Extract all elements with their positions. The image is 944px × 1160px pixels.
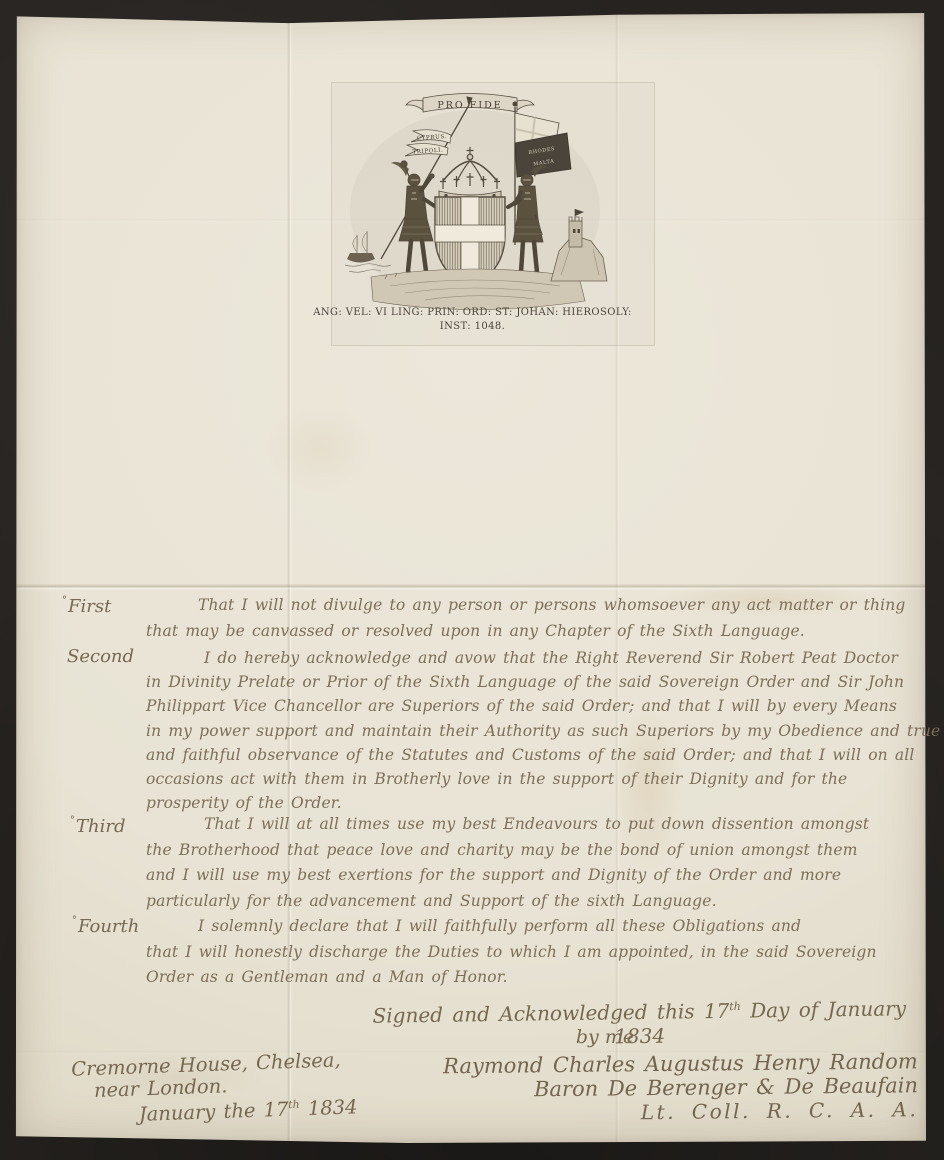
section-label-fourth-text: Fourth: [78, 916, 139, 937]
attestation-text-pre: Signed and Acknowledged this 17: [372, 999, 729, 1028]
address-block: Cremorne House, Chelsea, near London. Ja…: [57, 1049, 358, 1128]
paragraph-mark: °: [62, 595, 67, 606]
photographed-document-page: { "engraving": { "motto": "PRO FIDE", "p…: [0, 0, 944, 1160]
document-content: PRO FIDE CYPRUS. TRIPOLI.: [0, 0, 944, 1160]
engraving-caption-line1: ANG: VEL: VI LING: PRIN: ORD: ST: JOHAN:…: [300, 306, 645, 320]
address-date-superscript: th: [288, 1098, 300, 1111]
coat-of-arms-illustration: PRO FIDE CYPRUS. TRIPOLI.: [345, 85, 645, 310]
section-label-fourth: °Fourth: [72, 916, 139, 937]
section-label-first: °First: [62, 596, 111, 617]
address-date-pre: January the 17: [138, 1098, 288, 1126]
paragraph-mark: °: [72, 915, 77, 926]
section-text-second: I do hereby acknowledge and avow that th…: [146, 646, 944, 815]
section-text-first: That I will not divulge to any person or…: [146, 592, 944, 644]
by-me-line: by me: [560, 1026, 650, 1048]
section-label-second: Second: [66, 646, 134, 667]
coat-of-arms-engraving: PRO FIDE CYPRUS. TRIPOLI.: [345, 85, 645, 310]
attestation-superscript: th: [729, 1000, 741, 1013]
paragraph-mark: °: [70, 815, 75, 826]
address-date-post: 1834: [299, 1095, 358, 1120]
section-label-third-text: Third: [76, 816, 125, 837]
section-label-second-text: Second: [67, 646, 134, 667]
signature-block: Raymond Charles Augustus Henry Random Ba…: [400, 1049, 919, 1126]
section-text-third: That I will at all times use my best End…: [146, 812, 944, 914]
section-label-third: °Third: [70, 816, 125, 837]
signature-line-3: Lt. Coll. R. C. A. A.: [400, 1097, 918, 1126]
engraving-caption-line2: INST: 1048.: [300, 320, 645, 334]
engraving-caption: ANG: VEL: VI LING: PRIN: ORD: ST: JOHAN:…: [300, 306, 645, 334]
section-label-first-text: First: [68, 596, 111, 617]
section-text-fourth: I solemnly declare that I will faithfull…: [146, 914, 944, 991]
